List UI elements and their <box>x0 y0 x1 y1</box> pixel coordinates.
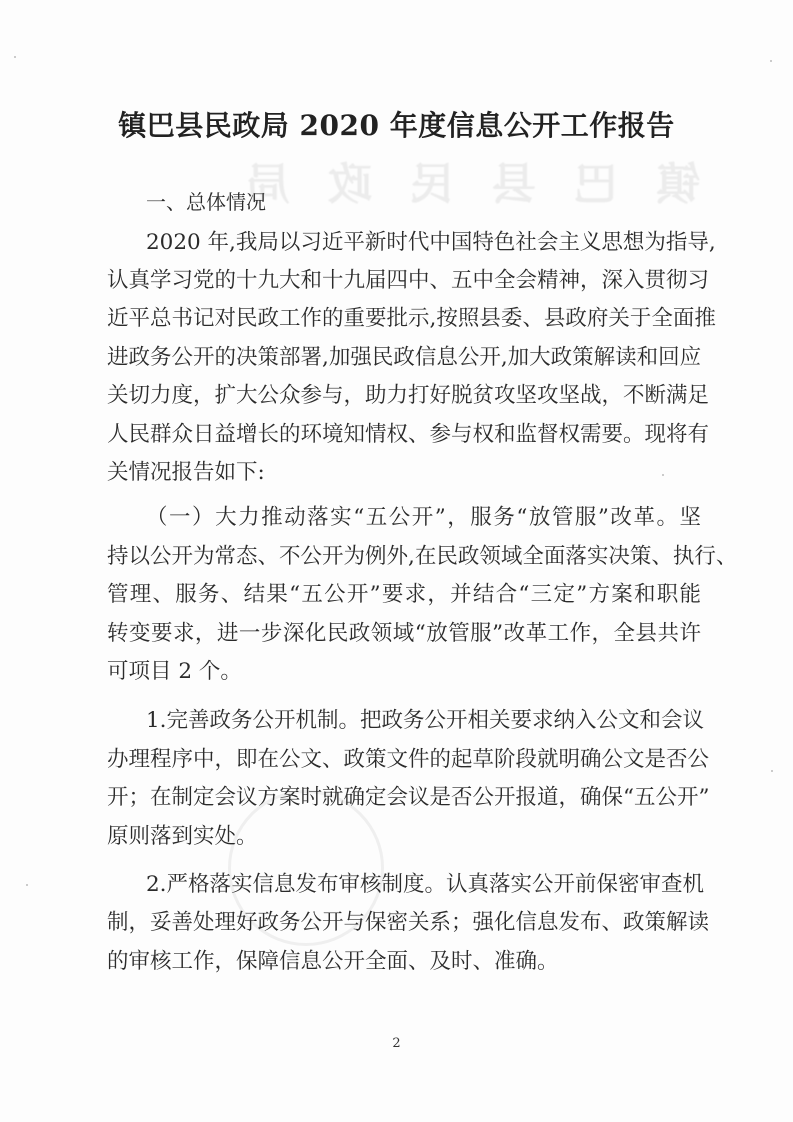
paragraph-1-line-3: 近平总书记对民政工作的重要批示,按照县委、县政府关于全面推 <box>107 306 701 332</box>
page-number: 2 <box>0 1036 793 1051</box>
paragraph-1-line-7: 关情况报告如下: <box>107 460 701 486</box>
scan-speck <box>26 884 28 886</box>
paragraph-1-line-2: 认真学习党的十九大和十九届四中、五中全会精神，深入贯彻习 <box>107 268 701 294</box>
paragraph-1-line-1: 2020 年,我局以习近平新时代中国特色社会主义思想为指导, <box>146 230 701 256</box>
paragraph-2-line-5: 可项目 2 个。 <box>107 659 701 685</box>
paragraph-4-line-3: 的审核工作，保障信息公开全面、及时、准确。 <box>107 949 701 975</box>
document-page: 镇巴县民政局 镇巴县民政局 2020 年度信息公开工作报告 一、总体情况 202… <box>0 0 793 1122</box>
document-title: 镇巴县民政局 2020 年度信息公开工作报告 <box>0 104 793 144</box>
paragraph-1-line-4: 进政务公开的决策部署,加强民政信息公开,加大政策解读和回应 <box>107 345 701 371</box>
paragraph-2-line-4: 转变要求，进一步深化民政领域“放管服”改革工作，全县共许 <box>107 621 701 647</box>
paragraph-2-line-2: 持以公开为常态、不公开为例外,在民政领域全面落实决策、执行、 <box>107 544 701 570</box>
scan-speck <box>770 60 772 62</box>
paragraph-3-line-1: 1.完善政务公开机制。把政务公开相关要求纳入公文和会议 <box>146 708 701 734</box>
scan-speck <box>771 770 773 772</box>
paragraph-2-line-3: 管理、服务、结果“五公开”要求，并结合“三定”方案和职能 <box>107 582 701 608</box>
paragraph-3-line-4: 原则落到实处。 <box>107 824 701 850</box>
paragraph-2-line-1: （一）大力推动落实“五公开”，服务“放管服”改革。坚 <box>146 505 701 531</box>
section-heading-overview: 一、总体情况 <box>146 186 266 215</box>
paragraph-4-line-2: 制，妥善处理好政务公开与保密关系；强化信息发布、政策解读 <box>107 910 701 936</box>
paragraph-1-line-5: 关切力度，扩大公众参与，助力打好脱贫攻坚攻坚战，不断满足 <box>107 383 701 409</box>
paragraph-3-line-3: 开；在制定会议方案时就确定会议是否公开报道，确保“五公开” <box>107 785 701 811</box>
scan-speck <box>14 56 16 58</box>
paragraph-1-line-6: 人民群众日益增长的环境知情权、参与权和监督权需要。现将有 <box>107 422 701 448</box>
paragraph-4-line-1: 2.严格落实信息发布审核制度。认真落实公开前保密审查机 <box>146 872 701 898</box>
paragraph-3-line-2: 办理程序中，即在公文、政策文件的起草阶段就明确公文是否公 <box>107 747 701 773</box>
